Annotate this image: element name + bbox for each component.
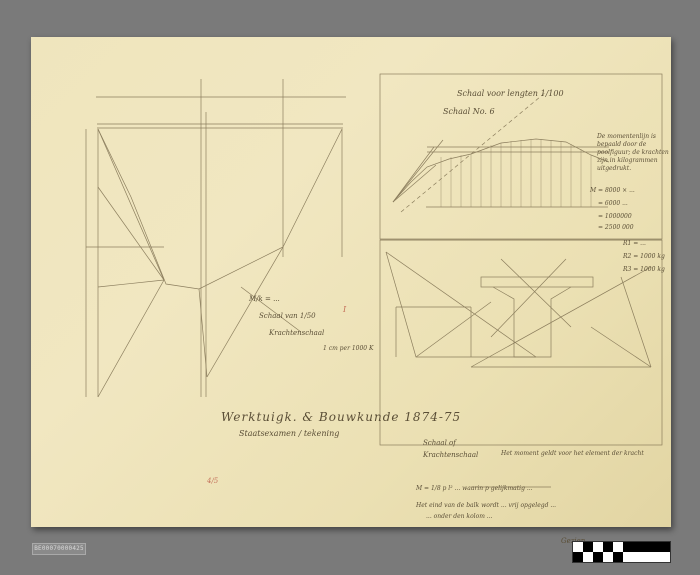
panel2-label: Schaal of Krachtenschaal bbox=[423, 437, 503, 461]
calc-line-4: 1 cm per 1000 K bbox=[323, 345, 374, 352]
calc-line-1: M/k = ... bbox=[249, 295, 280, 303]
drawing-title: Werktuigk. & Bouwkunde 1874-75 bbox=[221, 410, 461, 424]
drawing-subtitle: Staatsexamen / tekening bbox=[239, 429, 339, 438]
equation: = 6000 ... bbox=[598, 200, 628, 207]
drawing-sheet: Werktuigk. & Bouwkunde 1874-75 Staatsexa… bbox=[31, 37, 671, 527]
panel1-heading: Schaal voor lengten 1/100 bbox=[457, 89, 564, 98]
panel1-subheading: Schaal No. 6 bbox=[443, 107, 495, 116]
footnote: M = 1/8 p l² ... waarin p gelijkmatig ..… bbox=[416, 485, 533, 492]
calc-line-3: Krachtenschaal bbox=[269, 329, 324, 337]
equation: = 1000000 bbox=[598, 213, 632, 220]
panel1-note: De momentenlijn is bepaald door de poolf… bbox=[597, 133, 675, 173]
red-mark: I bbox=[343, 305, 346, 314]
result: R2 = 1000 kg bbox=[623, 253, 665, 260]
equation: = 2500 000 bbox=[598, 224, 634, 231]
equation: M = 8000 × ... bbox=[590, 187, 635, 194]
footnote: ... onder den kolom ... bbox=[426, 513, 493, 520]
calc-line-2: Schaal van 1/50 bbox=[259, 312, 316, 320]
panel2-caption: Het moment geldt voor het element der kr… bbox=[501, 449, 644, 458]
result: R3 = 1000 kg bbox=[623, 266, 665, 273]
footnote: Het eind van de balk wordt ... vrij opge… bbox=[416, 502, 556, 509]
color-scale-bar bbox=[572, 541, 671, 563]
archive-id-label: BE00070000425 bbox=[32, 543, 86, 555]
result: R1 = ... bbox=[623, 240, 646, 247]
red-mark: 4/5 bbox=[207, 477, 218, 485]
